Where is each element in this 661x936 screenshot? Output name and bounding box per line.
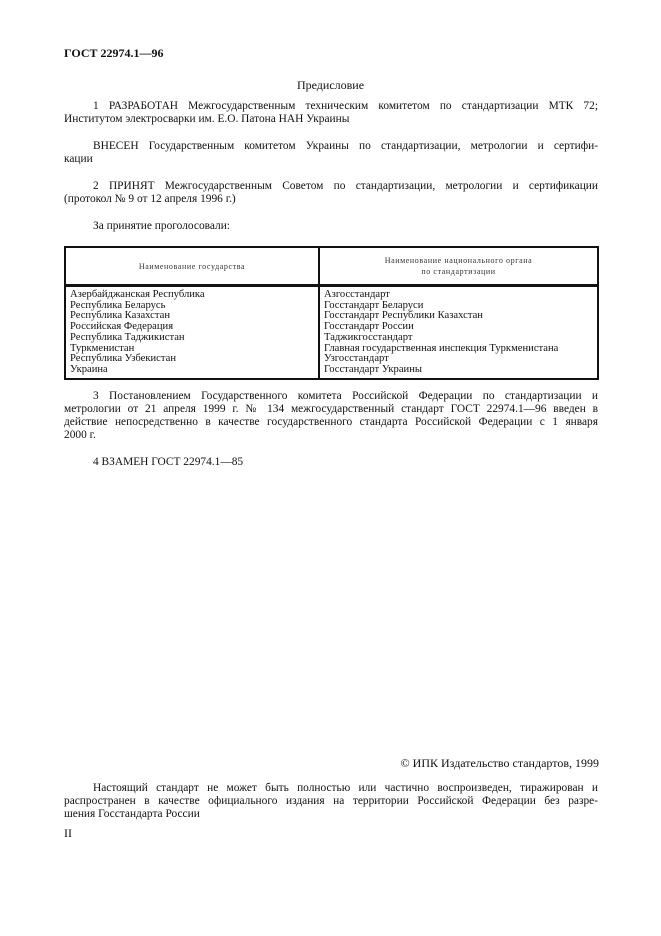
text-line: кации: [64, 153, 598, 166]
header-line: по стандартизации: [321, 266, 596, 277]
text-line: Настоящий стандарт не может быть полност…: [64, 782, 598, 795]
countries-cell: Азербайджанская Республика Республика Бе…: [65, 286, 319, 379]
table-header-row: Наименование государства Наименование на…: [65, 247, 598, 286]
text-line: метрологии от 21 апреля 1999 г. № 134 ме…: [64, 403, 598, 416]
text-line: (протокол № 9 от 12 апреля 1996 г.): [64, 193, 598, 206]
text-line: 1 РАЗРАБОТАН Межгосударственным техничес…: [64, 100, 598, 113]
country-name: Украина: [70, 365, 314, 376]
country-name: Республика Таджикистан: [70, 333, 314, 344]
text-line: действие непосредственно в качестве госу…: [64, 416, 598, 429]
paragraph-developed: 1 РАЗРАБОТАН Межгосударственным техничес…: [64, 100, 598, 126]
body-name: Госстандарт Украины: [324, 365, 593, 376]
text-line: шения Госстандарта России: [64, 808, 598, 821]
text-line: Институтом электросварки им. Е.О. Патона…: [64, 113, 598, 126]
section-title: Предисловие: [0, 78, 661, 93]
text-line: 2000 г.: [64, 429, 598, 442]
standard-code: ГОСТ 22974.1—96: [64, 46, 164, 61]
paragraph-introduced: ВНЕСЕН Государственным комитетом Украины…: [64, 140, 598, 166]
text-line: За принятие проголосовали:: [64, 220, 598, 233]
paragraph-replaces: 4 ВЗАМЕН ГОСТ 22974.1—85: [64, 456, 598, 469]
voting-table: Наименование государства Наименование на…: [64, 246, 599, 380]
copyright-notice: © ИПК Издательство стандартов, 1999: [401, 756, 599, 771]
text-line: 4 ВЗАМЕН ГОСТ 22974.1—85: [64, 456, 598, 469]
paragraph-adopted: 2 ПРИНЯТ Межгосударственным Советом по с…: [64, 180, 598, 206]
text-line: распространен в качестве официального из…: [64, 795, 598, 808]
text-line: 3 Постановлением Государственного комите…: [64, 390, 598, 403]
header-line: Наименование национального органа: [321, 255, 596, 266]
text-line: ВНЕСЕН Государственным комитетом Украины…: [64, 140, 598, 153]
header-national-body: Наименование национального органа по ста…: [319, 247, 598, 286]
reproduction-notice: Настоящий стандарт не может быть полност…: [64, 782, 598, 821]
page-number: II: [64, 826, 72, 841]
body-name: Таджикгосстандарт: [324, 333, 593, 344]
paragraph-voted: За принятие проголосовали:: [64, 220, 598, 233]
bodies-cell: Азгосстандарт Госстандарт Беларуси Госст…: [319, 286, 598, 379]
table-row: Азербайджанская Республика Республика Бе…: [65, 286, 598, 379]
text-line: 2 ПРИНЯТ Межгосударственным Советом по с…: [64, 180, 598, 193]
header-state: Наименование государства: [65, 247, 319, 286]
paragraph-enacted: 3 Постановлением Государственного комите…: [64, 390, 598, 442]
